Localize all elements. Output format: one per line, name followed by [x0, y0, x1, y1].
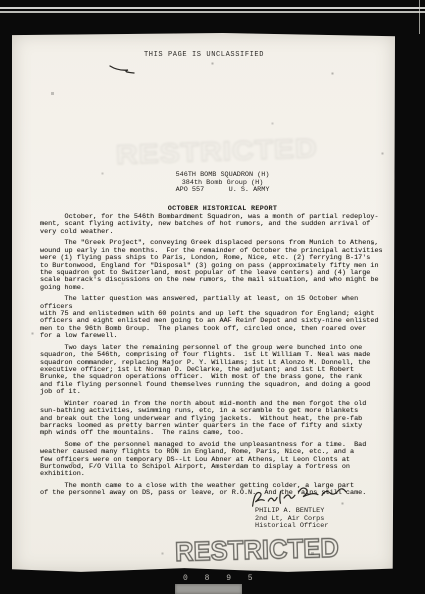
scan-top-rule-2	[0, 11, 425, 13]
restricted-stamp: RESTRICTED	[175, 533, 340, 568]
document-page: THIS PAGE IS UNCLASSIFIED RESTRICTED 546…	[12, 33, 395, 573]
apo-army-line: APO 557 U. S. ARMY	[176, 186, 270, 194]
paragraph-4: Two days later the remaining personnel o…	[40, 345, 394, 397]
signature-block: PHILIP A. BENTLEY2nd Lt, Air CorpsHistor…	[255, 508, 328, 531]
paragraph-2: The "Greek Project", conveying Greek dis…	[40, 240, 394, 292]
paragraph-1: October, for the 546th Bombardment Squad…	[40, 214, 394, 236]
scan-edge-artifact	[419, 0, 421, 34]
report-body: October, for the 546th Bombardment Squad…	[40, 214, 394, 501]
paragraph-3: The latter question was answered, partia…	[40, 296, 394, 341]
frame-number: 0 8 9 5	[183, 574, 259, 583]
signature-role: Historical Officer	[255, 522, 328, 530]
scan-top-rule	[0, 7, 425, 9]
paragraph-6: Some of the personnel managed to avoid t…	[40, 442, 394, 479]
faded-restricted-stamp: RESTRICTED	[116, 133, 337, 171]
report-title: OCTOBER HISTORICAL REPORT	[31, 205, 414, 213]
scanned-document: THIS PAGE IS UNCLASSIFIED RESTRICTED 546…	[0, 0, 425, 594]
paragraph-5: Winter roared in from the north about mi…	[40, 401, 394, 438]
scan-footer-tab	[175, 584, 242, 594]
scan-noise	[12, 33, 13, 34]
letterhead: 546TH BOMB SQUADRON (H)384th Bomb Group …	[31, 172, 414, 195]
pen-mark	[108, 63, 142, 75]
classification-banner: THIS PAGE IS UNCLASSIFIED	[144, 51, 264, 59]
